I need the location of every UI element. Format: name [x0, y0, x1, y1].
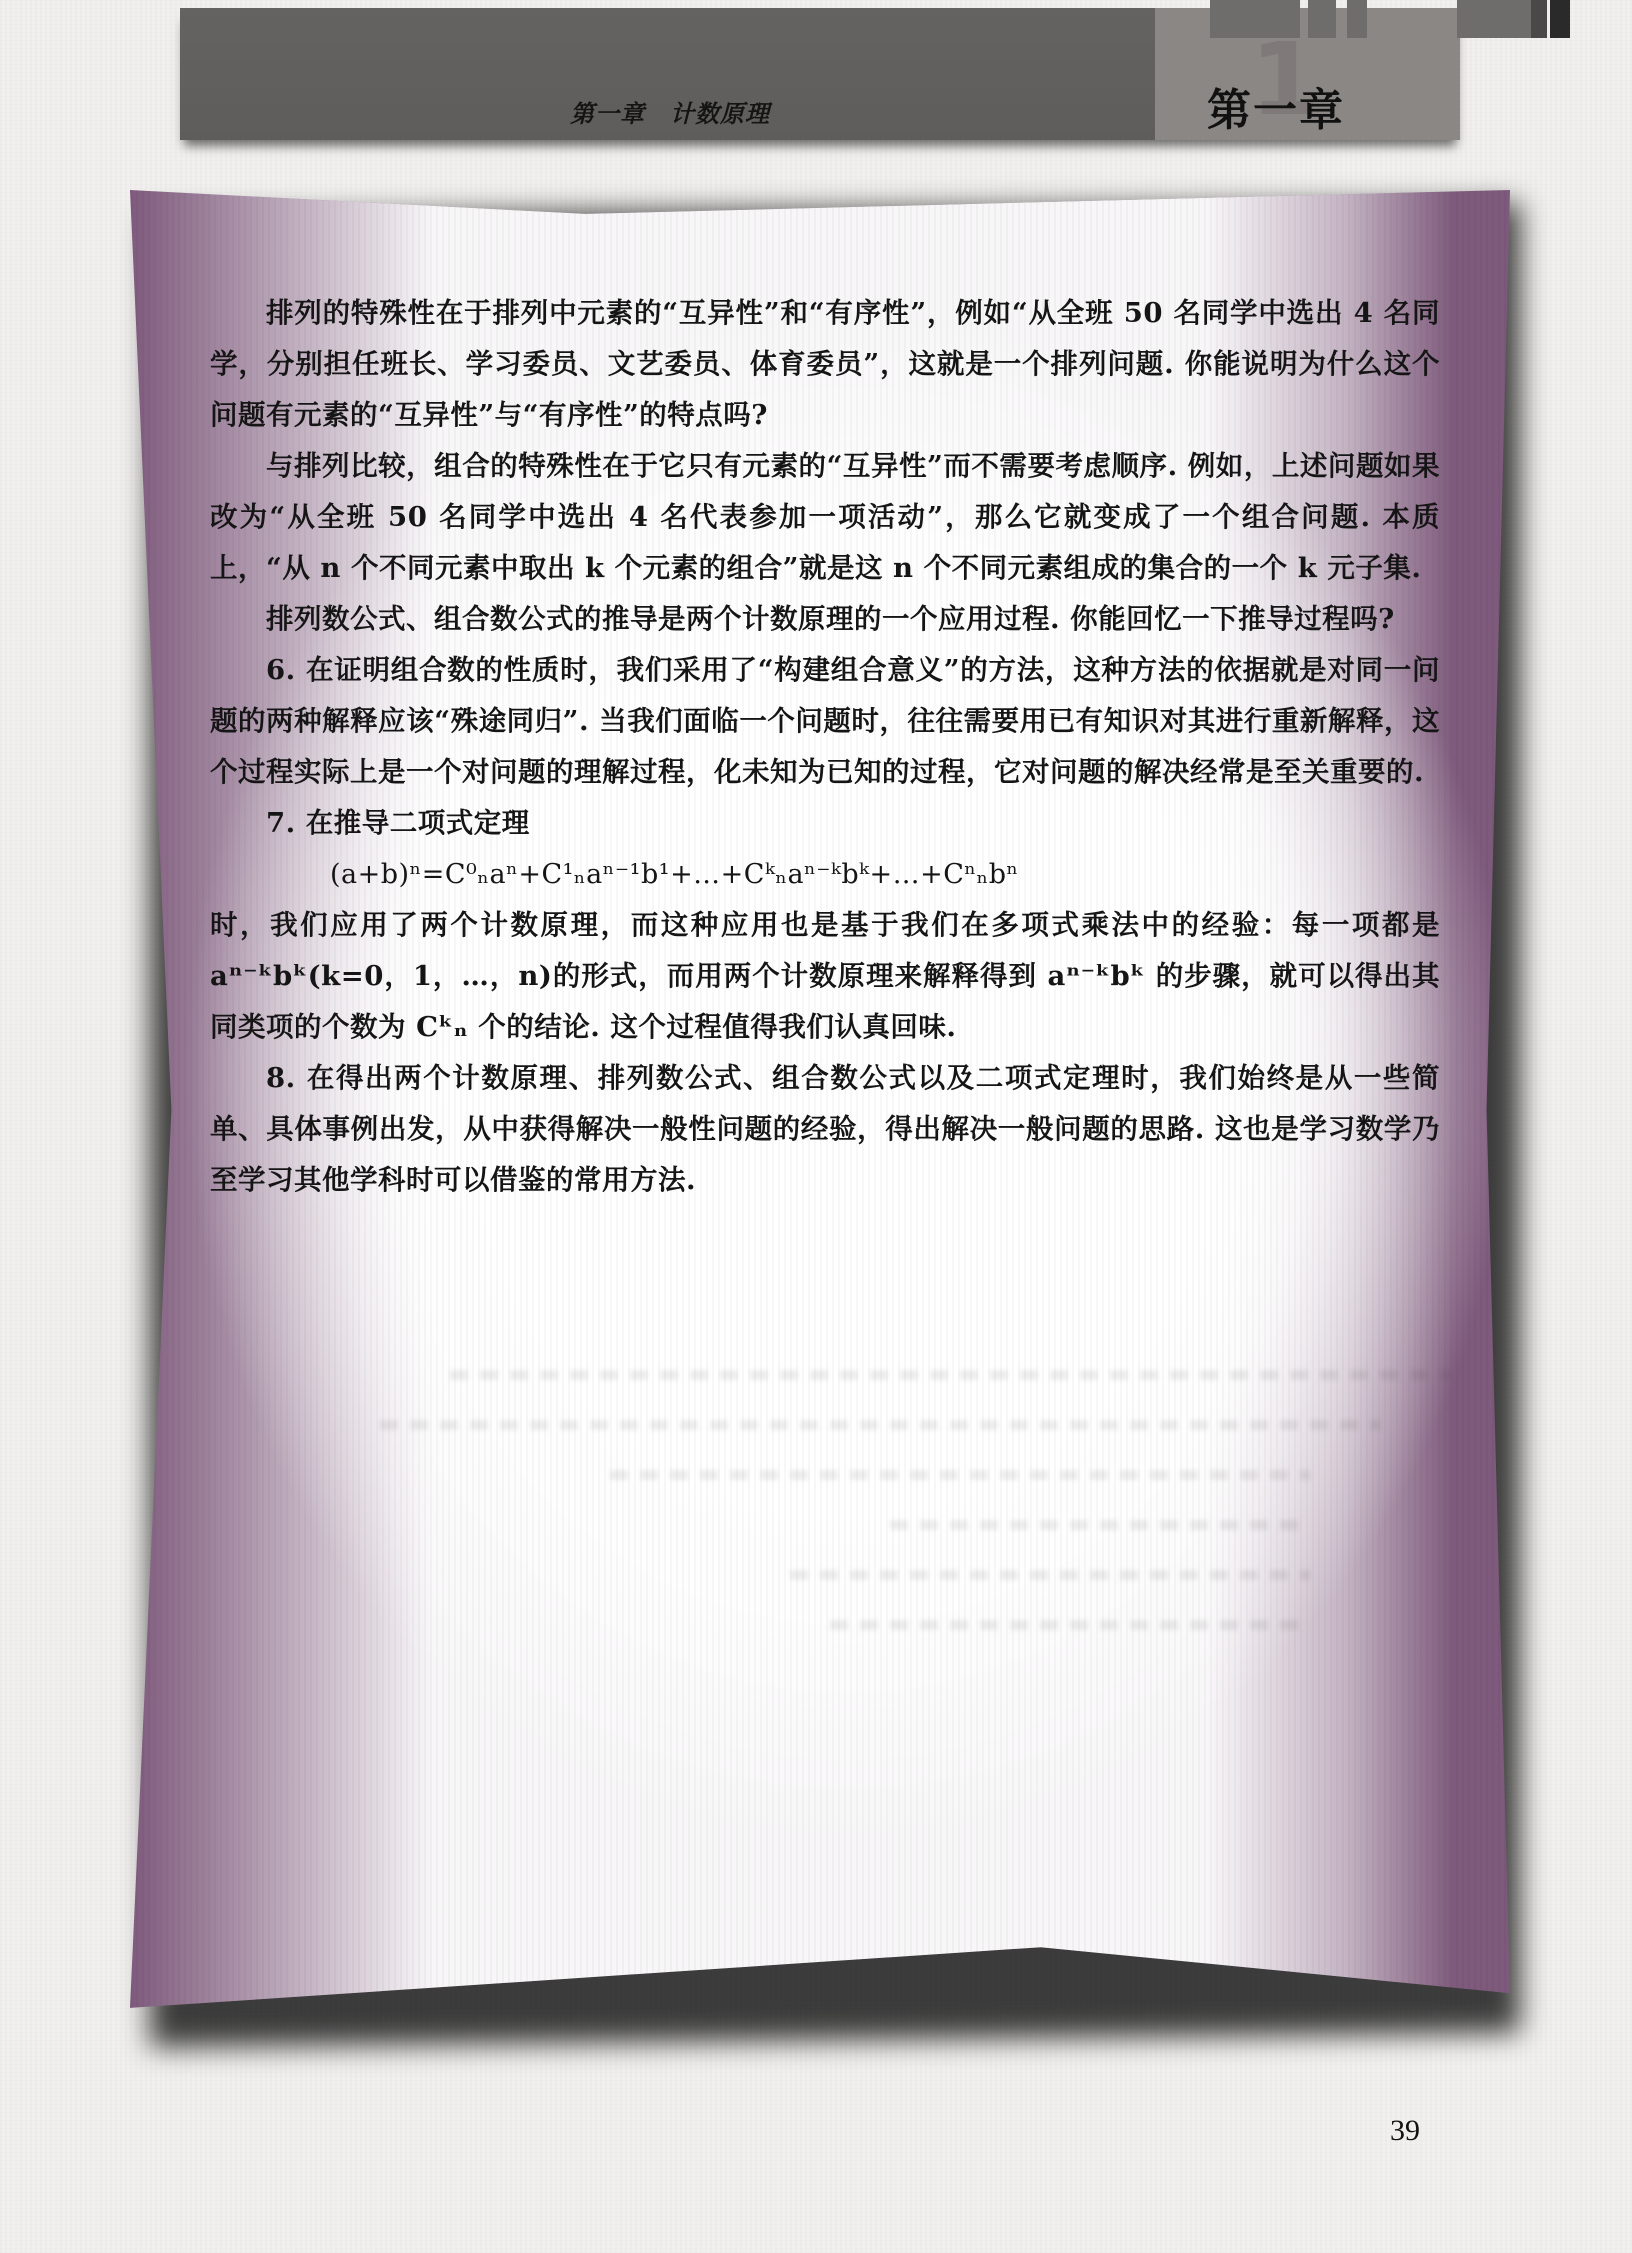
footer-bar: [1457, 0, 1531, 38]
paragraph-item-7: 7. 在推导二项式定理: [210, 798, 1440, 849]
show-through-text: [890, 1520, 1310, 1530]
page-number: 39: [1390, 2114, 1420, 2148]
show-through-text: [380, 1420, 1380, 1430]
footer-bar: [1210, 0, 1300, 38]
footer-bar: [1308, 0, 1336, 38]
footer-bar: [1531, 0, 1547, 38]
footer-bar: [1550, 0, 1570, 38]
footer-bar: [1347, 0, 1367, 38]
show-through-text: [450, 1370, 1450, 1380]
paragraph-combination: 与排列比较，组合的特殊性在于它只有元素的“互异性”而不需要考虑顺序. 例如，上述…: [210, 441, 1440, 594]
paragraph-permutation: 排列的特殊性在于排列中元素的“互异性”和“有序性”，例如“从全班 50 名同学中…: [210, 288, 1440, 441]
paragraph-item-7-continued: 时，我们应用了两个计数原理，而这种应用也是基于我们在多项式乘法中的经验：每一项都…: [210, 900, 1440, 1053]
running-title: 第一章 计数原理: [570, 94, 770, 129]
paragraph-item-8: 8. 在得出两个计数原理、排列数公式、组合数公式以及二项式定理时，我们始终是从一…: [210, 1053, 1440, 1206]
show-through-text: [610, 1470, 1310, 1480]
body-text: 排列的特殊性在于排列中元素的“互异性”和“有序性”，例如“从全班 50 名同学中…: [210, 288, 1440, 1206]
chapter-badge: 第一章: [1207, 74, 1345, 138]
paragraph-formula-derivation: 排列数公式、组合数公式的推导是两个计数原理的一个应用过程. 你能回忆一下推导过程…: [210, 594, 1440, 645]
show-through-text: [790, 1570, 1310, 1580]
header-left-panel: 第一章 计数原理: [180, 8, 1155, 140]
show-through-text: [830, 1620, 1310, 1630]
binomial-theorem-formula: (a+b)ⁿ=C⁰ₙaⁿ+C¹ₙaⁿ⁻¹b¹+…+Cᵏₙaⁿ⁻ᵏbᵏ+…+Cⁿₙ…: [210, 849, 1440, 900]
paragraph-item-6: 6. 在证明组合数的性质时，我们采用了“构建组合意义”的方法，这种方法的依据就是…: [210, 645, 1440, 798]
